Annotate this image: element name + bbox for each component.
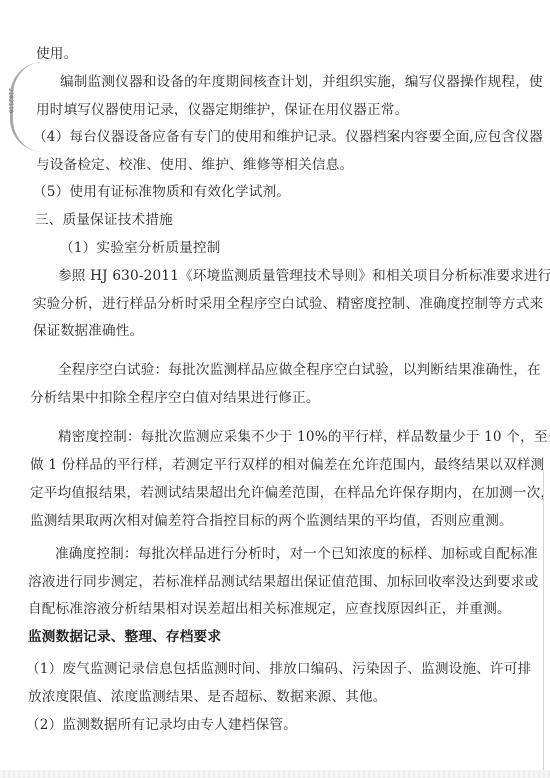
- paragraph-line: 溶液进行同步测定，若标准样品测试结果超出保证值范围、加标回收率没达到要求或: [28, 573, 538, 591]
- list-item-4: （4）每台仪器设备应备有专门的使用和维护记录。仪器档案内容要全面,应包含仪器: [33, 128, 543, 146]
- paragraph-line: 准确度控制：每批次样品进行分析时，对一个已知浓度的标样、加标或自配标准: [55, 545, 538, 563]
- paragraph-line: 使用。: [36, 45, 77, 63]
- paragraph-line: 精密度控制：每批次监测应采集不少于 10%的平行样，样品数量少于 10 个，至少: [58, 428, 550, 446]
- paragraph-line: 用时填写仪器使用记录，仪器定期维护，保证在用仪器正常。: [36, 101, 408, 119]
- document-page: 2102110 使用。 编制监测仪器和设备的年度期间核查计划，并组织实施，编写仪…: [0, 0, 550, 778]
- seal-stamp-text: 2102110: [7, 88, 14, 113]
- paragraph-line: 做 1 份样品的平行样，若测定平行双样的相对偏差在允许范围内，最终结果以双样测: [30, 456, 544, 474]
- section-heading-bold: 监测数据记录、整理、存档要求: [28, 628, 221, 646]
- paragraph-line: 自配标准溶液分析结果相对误差超出相关标准规定，应查找原因纠正，并重测。: [28, 600, 511, 618]
- subsection-heading: （1）实验室分析质量控制: [60, 239, 221, 257]
- section-heading: 三、质量保证技术措施: [35, 211, 173, 229]
- paragraph-line: 编制监测仪器和设备的年度期间核查计划，并组织实施，编写仪器操作规程，使: [60, 73, 543, 91]
- paragraph-line: 放浓度限值、浓度监测结果、是否超标、数据来源、其他。: [28, 688, 387, 706]
- list-item-5: （5）使用有证标准物质和有效化学试剂。: [33, 183, 290, 201]
- paragraph-line: 与设备检定、校准、使用、维护、维修等相关信息。: [36, 156, 353, 174]
- paragraph-line: 参照 HJ 630-2011《环境监测质量管理技术导则》和相关项目分析标准要求进…: [58, 267, 550, 285]
- list-item-1: （1）废气监测记录信息包括监测时间、排放口编码、污染因子、监测设施、许可排: [26, 660, 531, 678]
- paragraph-line: 实验分析，进行样品分析时采用全程序空白试验、精密度控制、准确度控制等方式来: [33, 295, 543, 313]
- paragraph-line: 保证数据准确性。: [33, 322, 143, 340]
- paragraph-line: 定平均值报结果，若测试结果超出允许偏差范围，在样品允许保存期内，在加测一次，: [30, 484, 550, 502]
- paragraph-line: 分析结果中扣除全程序空白值对结果进行修正。: [30, 389, 320, 407]
- page-edge-right: [543, 470, 544, 770]
- page-edge-bottom: [0, 770, 550, 778]
- paragraph-line: 全程序空白试验：每批次监测样品应做全程序空白试验，以判断结果准确性，在: [58, 361, 541, 379]
- paragraph-line: 监测结果取两次相对偏差符合指控目标的两个监测结果的平均值，否则应重测。: [30, 512, 513, 530]
- list-item-2: （2）监测数据所有记录均由专人建档保管。: [26, 716, 297, 734]
